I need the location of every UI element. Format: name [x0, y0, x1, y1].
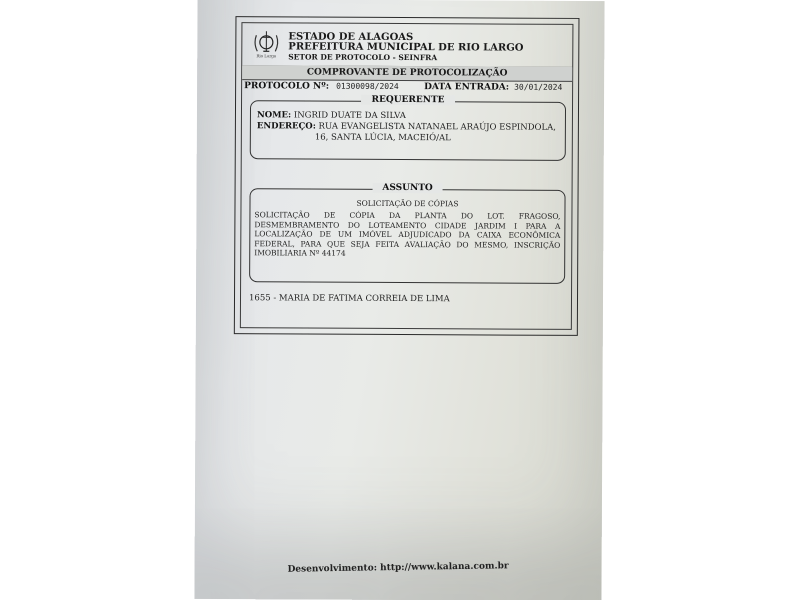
assunto-subtitle: SOLICITAÇÃO DE CÓPIAS — [250, 198, 564, 209]
name-label: NOME: — [257, 110, 291, 120]
inner-frame: Rio Largo ESTADO DE ALAGOAS PREFEITURA M… — [240, 22, 574, 330]
assunto-body: SOLICITAÇÃO DE CÓPIA DA PLANTA DO LOT. F… — [254, 210, 560, 259]
signer-name: 1655 - MARIA DE FATIMA CORREIA DE LIMA — [249, 293, 450, 304]
address-label: ENDEREÇO: — [257, 121, 316, 131]
entry-date-label: DATA ENTRADA: — [424, 81, 509, 93]
requerente-section: REQUERENTE NOME: INGRID DUATE DA SILVA E… — [250, 100, 566, 161]
protocol-label: PROTOCOLO Nº: — [244, 80, 329, 92]
protocol-row: PROTOCOLO Nº: 01300098/2024 DATA ENTRADA… — [244, 80, 572, 94]
protocol-number: 01300098/2024 — [336, 81, 399, 93]
assunto-title: ASSUNTO — [372, 183, 442, 193]
municipal-coat-of-arms-icon: Rio Largo — [252, 29, 280, 59]
assunto-section: ASSUNTO SOLICITAÇÃO DE CÓPIAS SOLICITAÇÃ… — [249, 188, 565, 284]
document-title: COMPROVANTE DE PROTOCOLIZAÇÃO — [242, 65, 572, 82]
document-header: Rio Largo ESTADO DE ALAGOAS PREFEITURA M… — [242, 23, 572, 68]
svg-text:Rio Largo: Rio Largo — [256, 53, 277, 58]
outer-frame: Rio Largo ESTADO DE ALAGOAS PREFEITURA M… — [234, 16, 580, 336]
address-row: ENDEREÇO: RUA EVANGELISTA NATANAEL ARAÚJ… — [257, 121, 559, 134]
requerente-title: REQUERENTE — [362, 95, 455, 105]
address-line1: RUA EVANGELISTA NATANAEL ARAÚJO ESPINDOL… — [319, 122, 556, 133]
address-line2: 16, SANTA LÚCIA, MACEIÓ/AL — [257, 132, 559, 145]
paper-document: Rio Largo ESTADO DE ALAGOAS PREFEITURA M… — [194, 0, 604, 600]
entry-date: 30/01/2024 — [514, 82, 562, 94]
header-text: ESTADO DE ALAGOAS PREFEITURA MUNICIPAL D… — [288, 32, 523, 63]
department-name: SETOR DE PROTOCOLO - SEINFRA — [288, 52, 523, 63]
name-value: INGRID DUATE DA SILVA — [294, 110, 406, 121]
footer-credit: Desenvolvimento: http://www.kalana.com.b… — [195, 560, 602, 576]
